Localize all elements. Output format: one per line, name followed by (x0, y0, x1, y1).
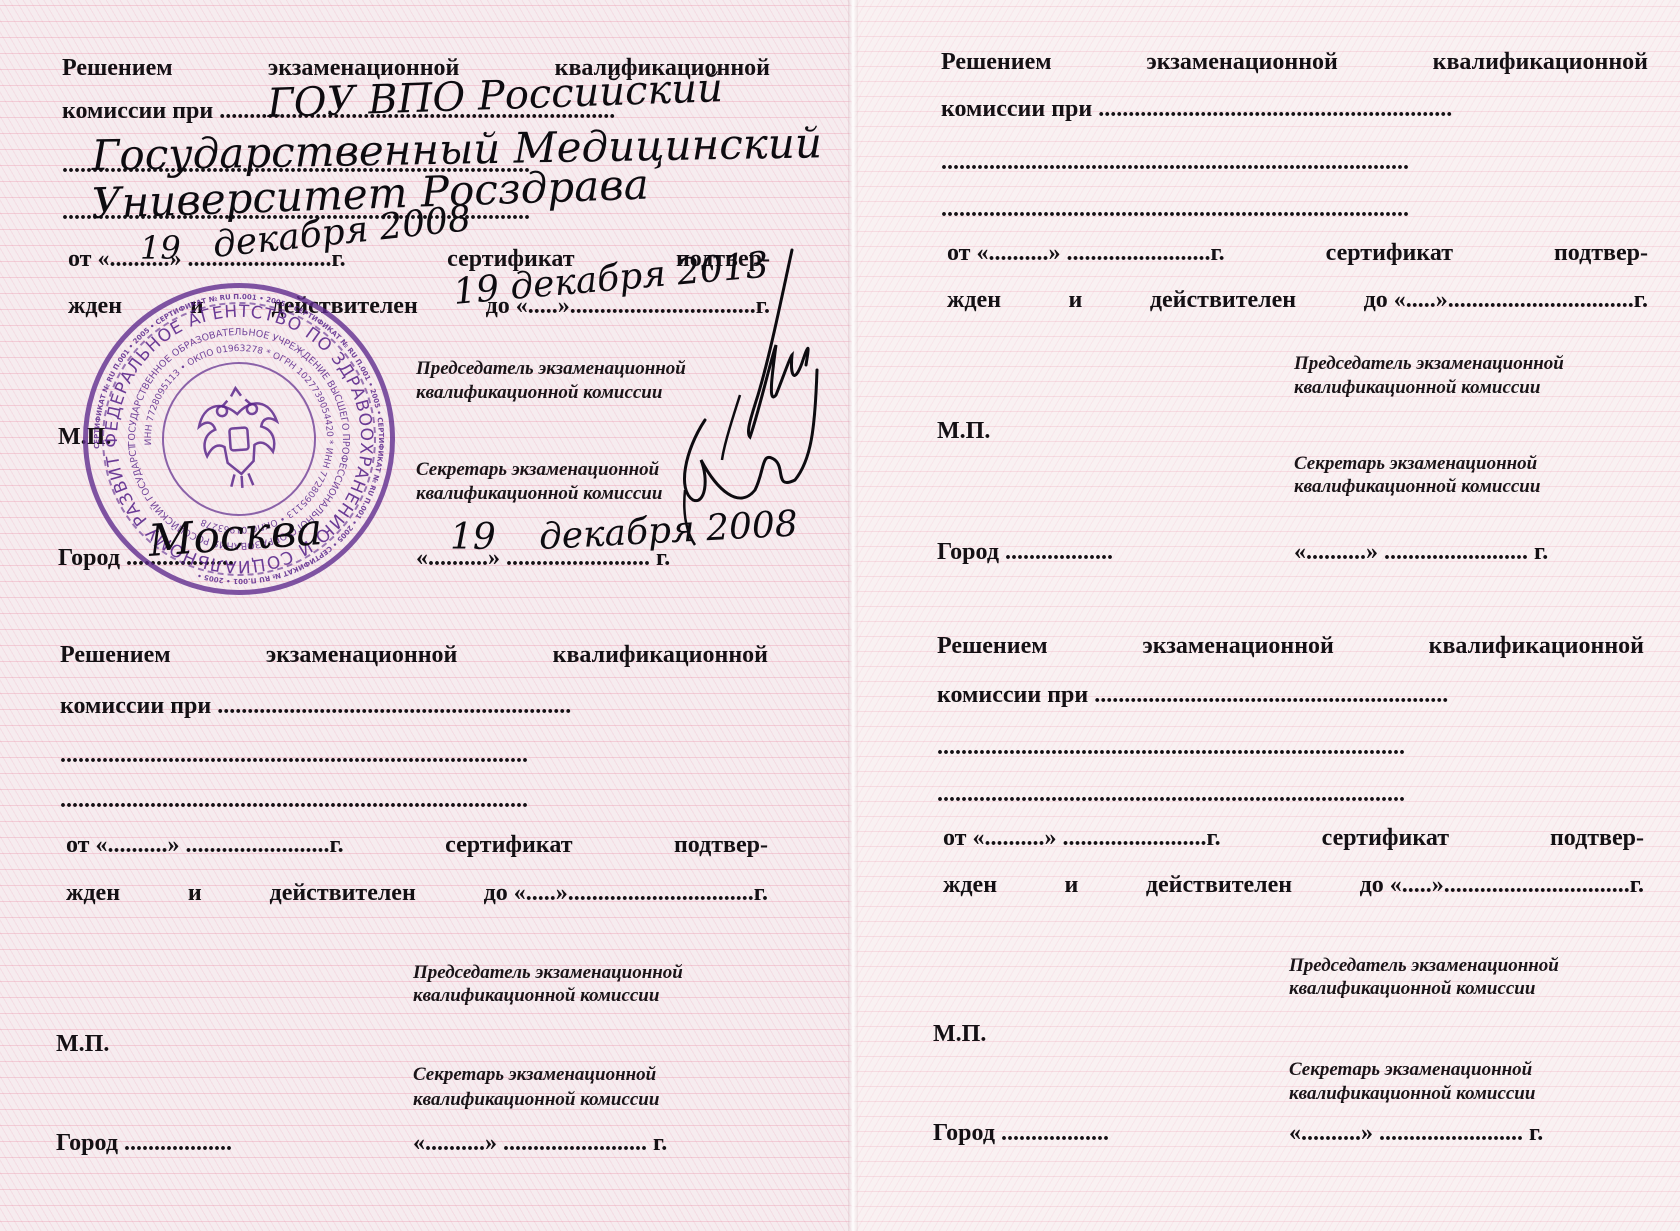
secretary-label: Секретарь экзаменационной (1294, 454, 1537, 473)
institution-field-line-2: ........................................… (941, 150, 1409, 174)
decision-line: Решением экзаменационной квалификационно… (60, 643, 768, 667)
word-decision: Решением (937, 634, 1048, 658)
secretary-label: Секретарь экзаменационной (416, 460, 659, 479)
word-exam: экзаменационной (266, 643, 458, 667)
commission-line: комиссии при ...........................… (937, 683, 1448, 707)
chairman-label: Председатель экзаменационной (413, 963, 683, 982)
chairman-label: Председатель экзаменационной (1289, 956, 1559, 975)
word-confirmed-cont: жден (943, 873, 997, 897)
word-exam: экзаменационной (1146, 50, 1338, 74)
word-qualification: квалификационной (553, 643, 768, 667)
commission-label: комиссии при (60, 693, 211, 719)
city-field: Город .................. (56, 1131, 232, 1155)
dotted-field: ........................................… (60, 742, 528, 768)
from-date-line: от «..........» ........................… (66, 833, 768, 857)
handwritten-sign-day: 19 (450, 520, 496, 556)
word-decision: Решением (941, 50, 1052, 74)
commission-line: комиссии при ...........................… (941, 97, 1452, 121)
commission-label: комиссии при (62, 98, 213, 124)
word-confirmed: подтвер- (674, 833, 768, 857)
chairman-label-cont: квалификационной комиссии (1289, 979, 1535, 998)
word-qualification: квалификационной (1429, 634, 1644, 658)
secretary-label: Секретарь экзаменационной (413, 1065, 656, 1084)
commission-field: ........................................… (1098, 96, 1452, 122)
secretary-label-cont: квалификационной комиссии (1294, 477, 1540, 496)
from-date-field: от «..........» ........................… (66, 833, 344, 857)
valid-until-field: до «.....»..............................… (1360, 873, 1644, 897)
from-date-line: от «..........» ........................… (943, 826, 1644, 850)
page-fold (848, 0, 858, 1231)
word-certificate: сертификат (445, 833, 572, 857)
seal-placeholder-label: М.П. (933, 1022, 986, 1046)
valid-until-field: до «.....»..............................… (484, 881, 768, 905)
secretary-label-cont: квалификационной комиссии (416, 484, 662, 503)
chairman-label: Председатель экзаменационной (416, 359, 686, 378)
decision-line: Решением экзаменационной квалификационно… (937, 634, 1644, 658)
institution-field-line-2: ........................................… (937, 735, 1405, 759)
commission-field: ........................................… (217, 693, 571, 719)
dotted-field: ........................................… (937, 734, 1405, 760)
word-certificate: сертификат (1322, 826, 1449, 850)
word-confirmed-cont: жден (66, 881, 120, 905)
word-decision: Решением (60, 643, 171, 667)
word-valid: действителен (1150, 288, 1296, 312)
dotted-field: ........................................… (941, 196, 1409, 222)
chairman-label-cont: квалификационной комиссии (1294, 378, 1540, 397)
commission-field: ........................................… (1094, 682, 1448, 708)
commission-label: комиссии при (941, 96, 1092, 122)
seal-placeholder-label: М.П. (56, 1032, 109, 1056)
word-and: и (188, 881, 202, 905)
word-decision: Решением (62, 56, 173, 80)
decision-line: Решением экзаменационной квалификационно… (941, 50, 1648, 74)
secretary-label-cont: квалификационной комиссии (1289, 1084, 1535, 1103)
secretary-signature (665, 350, 835, 550)
double-headed-eagle-emblem-icon (190, 381, 287, 497)
word-valid: действителен (270, 881, 416, 905)
commission-line: комиссии при ...........................… (60, 694, 571, 718)
word-confirmed: подтвер- (1554, 241, 1648, 265)
secretary-label: Секретарь экзаменационной (1289, 1060, 1532, 1079)
chairman-label-cont: квалификационной комиссии (413, 986, 659, 1005)
valid-until-line: жден и действителен до «.....»..........… (943, 873, 1644, 897)
institution-field-line-3: ........................................… (941, 197, 1409, 221)
from-date-field: от «..........» ........................… (947, 241, 1225, 265)
institution-field-line-2: ........................................… (60, 743, 528, 767)
valid-until-line: жден и действителен до «.....»..........… (947, 288, 1648, 312)
chairman-label: Председатель экзаменационной (1294, 354, 1564, 373)
seal-placeholder-label: М.П. (937, 419, 990, 443)
valid-until-field: до «.....»..............................… (1364, 288, 1648, 312)
word-exam: экзаменационной (1142, 634, 1334, 658)
word-confirmed: подтвер- (1550, 826, 1644, 850)
valid-until-line: жден и действителен до «.....»..........… (66, 881, 768, 905)
institution-field-line-3: ........................................… (60, 788, 528, 812)
word-and: и (1065, 873, 1079, 897)
commission-label: комиссии при (937, 682, 1088, 708)
handwritten-from-day: 19 (140, 232, 181, 264)
word-confirmed-cont: жден (947, 288, 1001, 312)
word-certificate: сертификат (1326, 241, 1453, 265)
word-and: и (1069, 288, 1083, 312)
sign-date-field: «..........» ........................ г. (1294, 540, 1548, 564)
word-qualification: квалификационной (1433, 50, 1648, 74)
word-valid: действителен (1146, 873, 1292, 897)
dotted-field: ........................................… (937, 781, 1405, 807)
city-field: Город .................. (933, 1121, 1109, 1145)
handwritten-city: Москва (147, 508, 324, 564)
secretary-label-cont: квалификационной комиссии (413, 1090, 659, 1109)
sign-date-field: «..........» ........................ г. (1289, 1121, 1543, 1145)
dotted-field: ........................................… (60, 787, 528, 813)
chairman-label-cont: квалификационной комиссии (416, 383, 662, 402)
city-field: Город .................. (937, 540, 1113, 564)
from-date-field: от «..........» ........................… (943, 826, 1221, 850)
institution-field-line-3: ........................................… (937, 782, 1405, 806)
sign-date-field: «..........» ........................ г. (413, 1131, 667, 1155)
from-date-line: от «..........» ........................… (947, 241, 1648, 265)
dotted-field: ........................................… (941, 149, 1409, 175)
